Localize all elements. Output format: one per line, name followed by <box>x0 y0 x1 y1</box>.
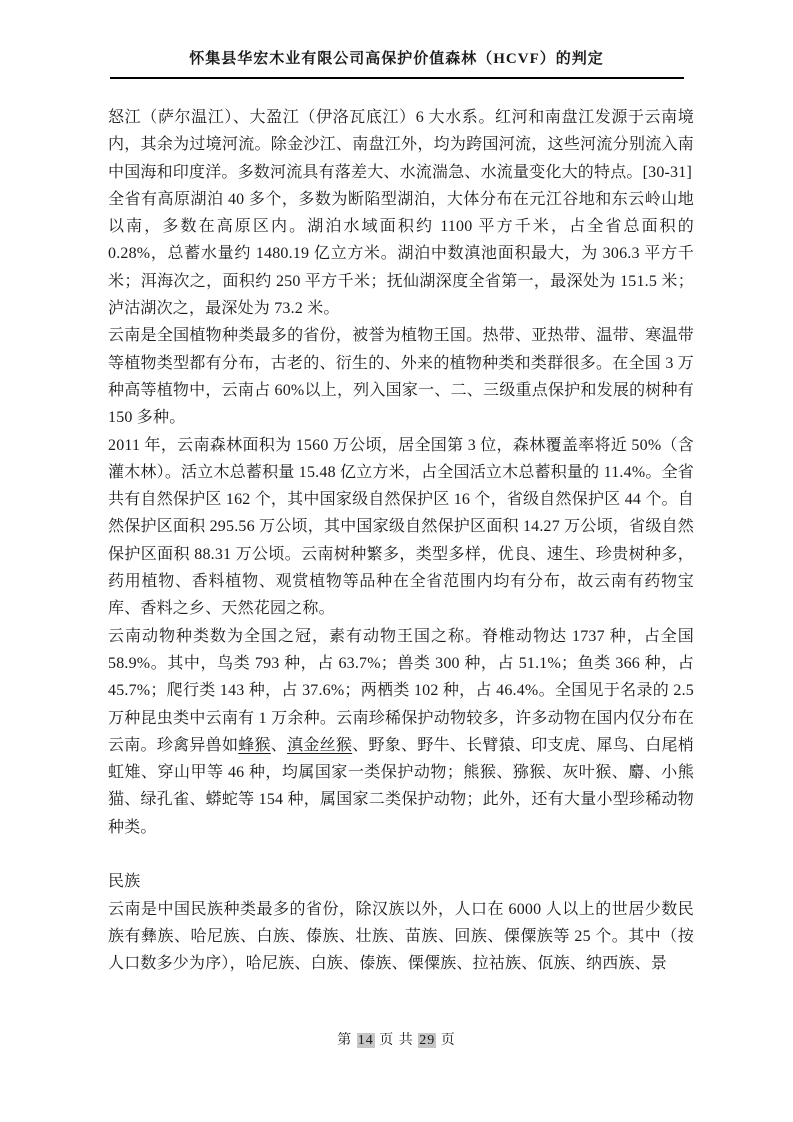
page-number-field: 14 <box>357 1033 375 1048</box>
text-segment: 云南是中国民族种类最多的省份，除汉族以外，人口在 6000 人以上的世居少数民族… <box>108 901 694 973</box>
paragraph: 怒江（萨尔温江）、大盈江（伊洛瓦底江）6 大水系。红河和南盘江发源于云南境内，其… <box>108 104 694 186</box>
footer-text: 页 <box>436 1033 456 1048</box>
text-segment: 全省有高原湖泊 40 多个，多数为断陷型湖泊，大体分布在元江谷地和东云岭山地以南… <box>108 191 694 317</box>
text-segment: 云南是全国植物种类最多的省份，被誉为植物王国。热带、亚热带、温带、寒温带等植物类… <box>108 327 694 426</box>
paragraph: 2011 年，云南森林面积为 1560 万公顷，居全国第 3 位，森林覆盖率将近… <box>108 432 694 623</box>
paragraph: 云南是全国植物种类最多的省份，被誉为植物王国。热带、亚热带、温带、寒温带等植物类… <box>108 322 694 431</box>
text-segment: 怒江（萨尔温江）、大盈江（伊洛瓦底江）6 大水系。红河和南盘江发源于云南境内，其… <box>108 109 694 181</box>
text-segment: 民族 <box>108 873 140 890</box>
page-number-field: 29 <box>418 1033 436 1048</box>
page-header-title: 怀集县华宏木业有限公司高保护价值森林（HCVF）的判定 <box>0 47 793 68</box>
paragraph: 云南动物种类数为全国之冠，素有动物王国之称。脊椎动物达 1737 种，占全国 5… <box>108 623 694 841</box>
document-page: 怀集县华宏木业有限公司高保护价值森林（HCVF）的判定 怒江（萨尔温江）、大盈江… <box>0 0 793 1122</box>
text-segment: 云南动物种类数为全国之冠，素有动物王国之称。脊椎动物达 1737 种，占全国 5… <box>108 628 694 754</box>
paragraph: 云南是中国民族种类最多的省份，除汉族以外，人口在 6000 人以上的世居少数民族… <box>108 896 694 978</box>
document-body: 怒江（萨尔温江）、大盈江（伊洛瓦底江）6 大水系。红河和南盘江发源于云南境内，其… <box>108 104 694 978</box>
paragraph: 全省有高原湖泊 40 多个，多数为断陷型湖泊，大体分布在元江谷地和东云岭山地以南… <box>108 186 694 322</box>
underlined-term: 蜂猴 <box>238 737 271 754</box>
text-segment: 、 <box>271 737 287 754</box>
header-divider-line <box>110 77 684 79</box>
section-heading: 民族 <box>108 868 694 895</box>
underlined-term: 滇金丝猴 <box>287 737 352 754</box>
footer-text: 页 共 <box>375 1033 419 1048</box>
footer-text: 第 <box>337 1033 357 1048</box>
blank-line <box>108 841 694 868</box>
page-footer: 第 14 页 共 29 页 <box>0 1029 793 1049</box>
text-segment: 2011 年，云南森林面积为 1560 万公顷，居全国第 3 位，森林覆盖率将近… <box>108 437 694 618</box>
